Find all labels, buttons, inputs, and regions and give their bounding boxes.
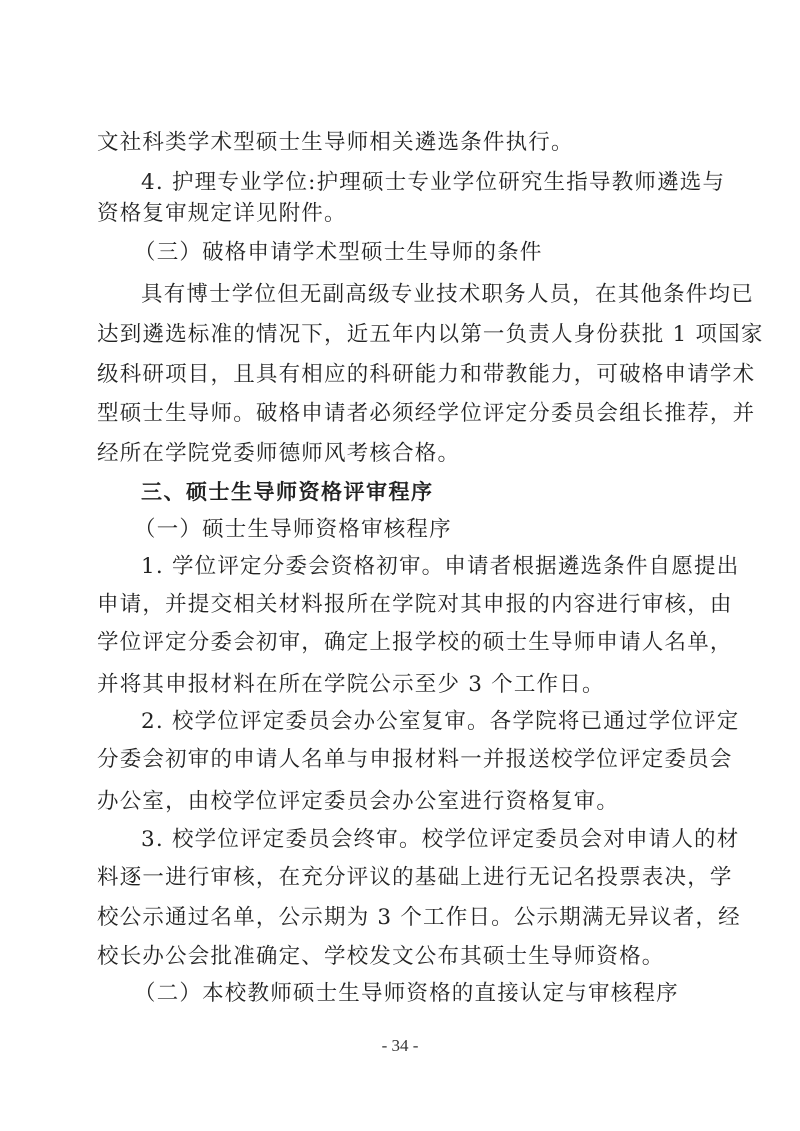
text-line-21: 校公示通过名单，公示期为 3 个工作日。公示期满无异议者，经 bbox=[97, 904, 697, 932]
page-number: - 34 - bbox=[0, 1036, 800, 1056]
text-line-13: 申请，并提交相关材料报所在学院对其申报的内容进行审核，由 bbox=[97, 591, 697, 619]
text-line-9: 经所在学院党委师德师风考核合格。 bbox=[97, 440, 697, 468]
text-line-14: 学位评定分委会初审，确定上报学校的硕士生导师申请人名单， bbox=[97, 629, 697, 657]
text-line-12: 1. 学位评定分委会资格初审。申请者根据遴选条件自愿提出 bbox=[141, 553, 741, 581]
text-line-6: 达到遴选标准的情况下，近五年内以第一负责人身份获批 1 项国家 bbox=[97, 321, 697, 349]
text-line-8: 型硕士生导师。破格申请者必须经学位评定分委员会组长推荐，并 bbox=[97, 400, 697, 428]
text-line-22: 校长办公会批准确定、学校发文公布其硕士生导师资格。 bbox=[97, 943, 697, 971]
text-line-1: 文社科类学术型硕士生导师相关遴选条件执行。 bbox=[97, 129, 697, 157]
subheading-3: （三）破格申请学术型硕士生导师的条件 bbox=[134, 239, 734, 267]
text-line-17: 分委会初审的申请人名单与申报材料一并报送校学位评定委员会 bbox=[97, 746, 697, 774]
text-line-15: 并将其申报材料在所在学院公示至少 3 个工作日。 bbox=[97, 671, 697, 699]
text-line-20: 料逐一进行审核，在充分评议的基础上进行无记名投票表决，学 bbox=[97, 864, 697, 892]
section-heading: 三、硕士生导师资格评审程序 bbox=[141, 478, 741, 506]
text-line-18: 办公室，由校学位评定委员会办公室进行资格复审。 bbox=[97, 788, 697, 816]
text-line-7: 级科研项目，且具有相应的科研能力和带教能力，可破格申请学术 bbox=[97, 361, 697, 389]
text-line-19: 3. 校学位评定委员会终审。校学位评定委员会对申请人的材 bbox=[141, 826, 741, 854]
text-line-16: 2. 校学位评定委员会办公室复审。各学院将已通过学位评定 bbox=[141, 708, 741, 736]
text-line-2: 4. 护理专业学位:护理硕士专业学位研究生指导教师遴选与 bbox=[141, 169, 741, 197]
document-page: 文社科类学术型硕士生导师相关遴选条件执行。 4. 护理专业学位:护理硕士专业学位… bbox=[0, 0, 800, 1131]
subheading-2: （二）本校教师硕士生导师资格的直接认定与审核程序 bbox=[134, 980, 734, 1008]
subheading-1: （一）硕士生导师资格审核程序 bbox=[134, 516, 734, 544]
text-line-3: 资格复审规定详见附件。 bbox=[97, 200, 697, 228]
text-line-5: 具有博士学位但无副高级专业技术职务人员，在其他条件均已 bbox=[141, 281, 741, 309]
